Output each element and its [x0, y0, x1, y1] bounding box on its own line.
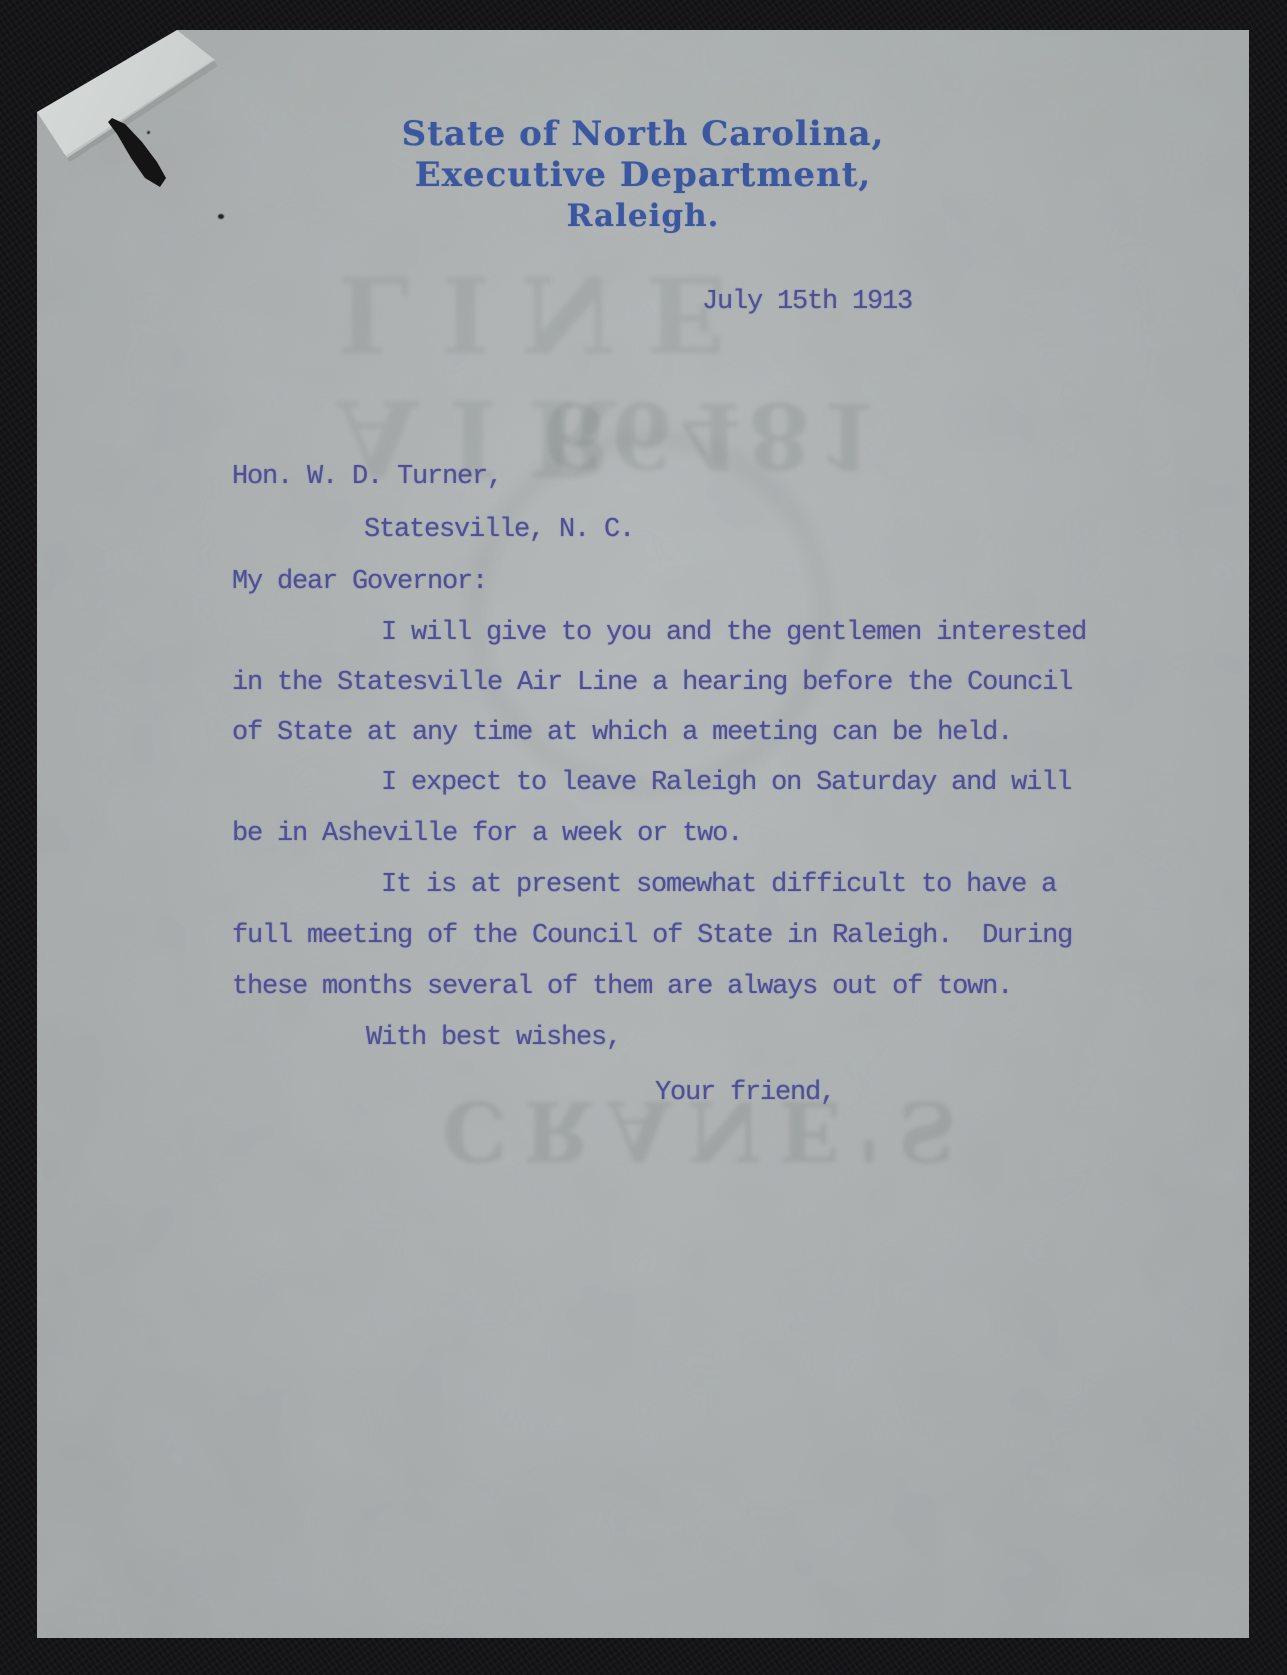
body-line: I expect to leave Raleigh on Saturday an…: [381, 770, 1071, 797]
letterhead-line-1: State of North Carolina,: [37, 114, 1249, 155]
body-line: in the Statesville Air Line a hearing be…: [232, 670, 1072, 697]
body-line: be in Asheville for a week or two.: [232, 821, 742, 848]
letterhead-line-2: Executive Department,: [37, 155, 1249, 196]
body-line: I will give to you and the gentlemen int…: [381, 620, 1086, 647]
body-line: It is at present somewhat difficult to h…: [381, 872, 1056, 899]
recipient-name: Hon. W. D. Turner,: [232, 464, 502, 491]
body-line: these months several of them are always …: [232, 974, 1012, 1001]
closing-line: With best wishes,: [366, 1025, 621, 1052]
showthrough-stamp-number: 66481: [542, 382, 885, 488]
letterhead-line-3: Raleigh.: [37, 196, 1249, 237]
letter-paper: AIR LINE 66481 CRANE'S State of North Ca…: [37, 30, 1249, 1638]
body-line: full meeting of the Council of State in …: [232, 923, 1072, 950]
date-line: July 15th 1913: [702, 289, 912, 316]
body-line: of State at any time at which a meeting …: [232, 720, 1012, 747]
letterhead: State of North Carolina, Executive Depar…: [37, 114, 1249, 237]
signature-line: Your friend,: [655, 1080, 835, 1107]
scanned-letter-photograph: AIR LINE 66481 CRANE'S State of North Ca…: [0, 0, 1287, 1675]
salutation: My dear Governor:: [232, 569, 487, 596]
recipient-address: Statesville, N. C.: [364, 517, 634, 544]
